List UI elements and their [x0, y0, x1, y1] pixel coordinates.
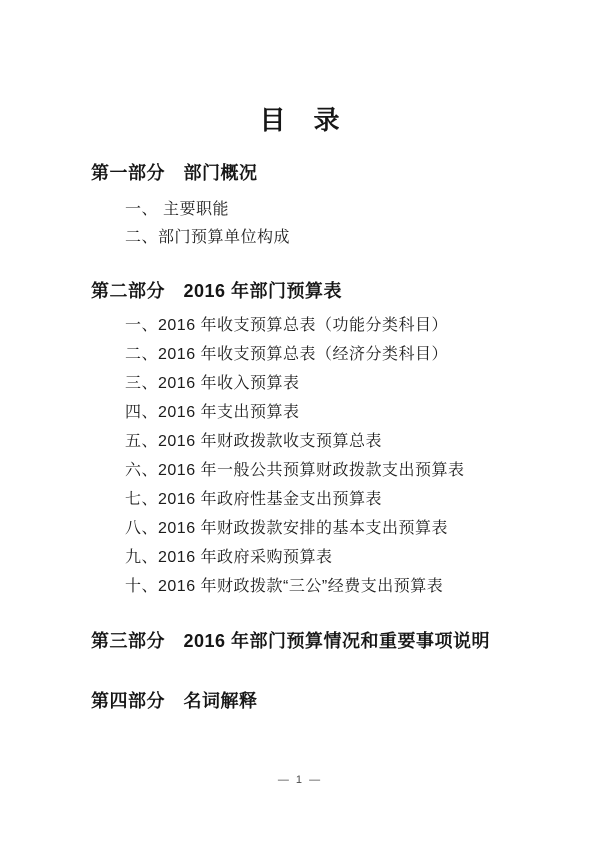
page-title: 目 录 [0, 100, 600, 137]
section-part-2: 第二部分 2016 年部门预算表 一、2016 年收支预算总表（功能分类科目）二… [91, 281, 570, 601]
section-heading: 第一部分 部门概况 [91, 163, 570, 184]
toc-item: 一、 主要职能 [125, 196, 570, 224]
section-part-4: 第四部分 名词解释 [91, 691, 570, 724]
page-number: — 1 — [278, 774, 322, 786]
toc-item: 二、2016 年收支预算总表（经济分类科目） [125, 340, 570, 369]
toc-items: 一、 主要职能二、部门预算单位构成 [125, 196, 570, 252]
toc-item: 一、2016 年收支预算总表（功能分类科目） [125, 311, 570, 340]
section-heading: 第二部分 2016 年部门预算表 [91, 281, 570, 302]
toc-item: 二、部门预算单位构成 [125, 224, 570, 252]
toc-item: 七、2016 年政府性基金支出预算表 [125, 485, 570, 514]
toc-item: 五、2016 年财政拨款收支预算总表 [125, 427, 570, 456]
page-footer: — 1 — [0, 770, 600, 788]
toc-item: 四、2016 年支出预算表 [125, 398, 570, 427]
toc-item: 八、2016 年财政拨款安排的基本支出预算表 [125, 514, 570, 543]
toc-item: 十、2016 年财政拨款“三公”经费支出预算表 [125, 572, 570, 601]
toc-item: 三、2016 年收入预算表 [125, 369, 570, 398]
toc-item: 六、2016 年一般公共预算财政拨款支出预算表 [125, 456, 570, 485]
section-heading: 第三部分 2016 年部门预算情况和重要事项说明 [91, 631, 570, 652]
document-page: 目 录 第一部分 部门概况 一、 主要职能二、部门预算单位构成 第二部分 201… [0, 0, 600, 848]
section-part-1: 第一部分 部门概况 一、 主要职能二、部门预算单位构成 [91, 163, 570, 252]
toc-item: 九、2016 年政府采购预算表 [125, 543, 570, 572]
section-heading: 第四部分 名词解释 [91, 691, 570, 712]
toc-items: 一、2016 年收支预算总表（功能分类科目）二、2016 年收支预算总表（经济分… [125, 311, 570, 601]
section-part-3: 第三部分 2016 年部门预算情况和重要事项说明 [91, 631, 570, 664]
